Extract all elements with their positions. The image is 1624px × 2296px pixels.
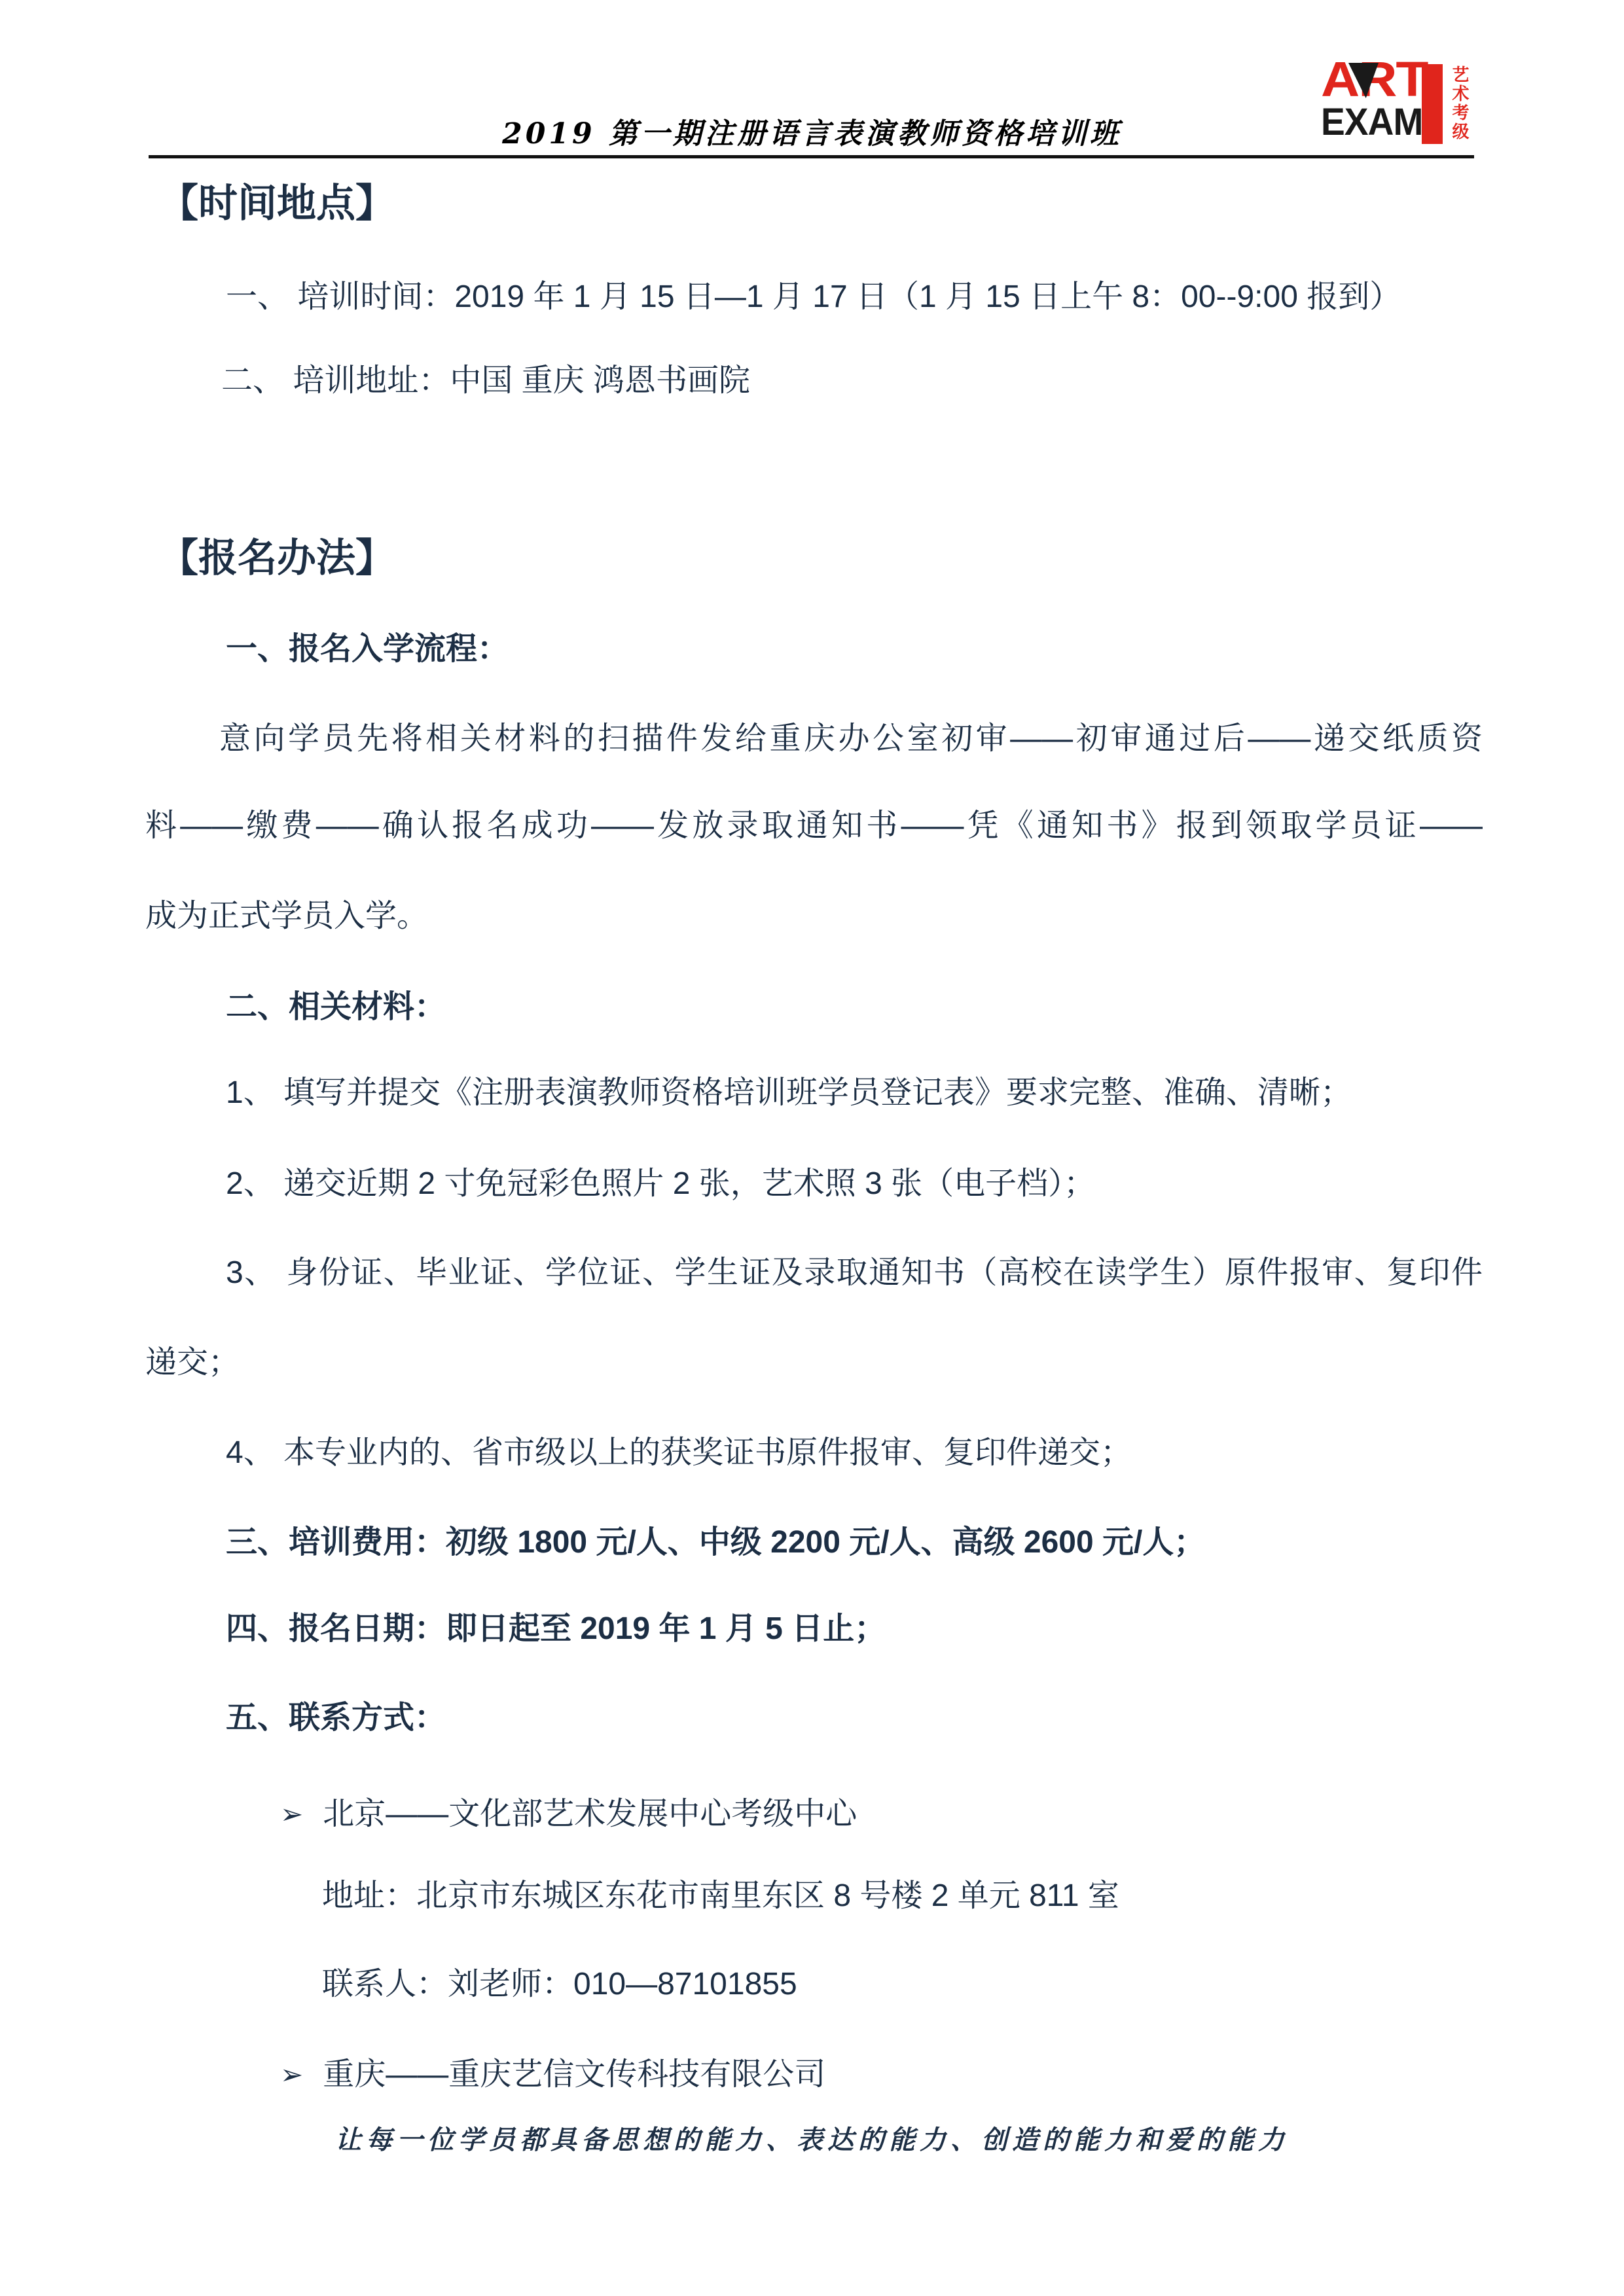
art-exam-logo: ART EXAM 艺术考级 <box>1321 63 1470 147</box>
footer-slogan: 让每一位学员都具备思想的能力、表达的能力、创造的能力和爱的能力 <box>0 2119 1624 2157</box>
row-material-1: 1、 填写并提交《注册表演教师资格培训班学员登记表》要求完整、准确、清晰； <box>226 1074 1352 1112</box>
row-enroll-process-heading: 一、报名入学流程： <box>226 630 509 668</box>
logo-art-text: ART <box>1321 55 1428 104</box>
row-process-line-2: 料——缴费——确认报名成功——发放录取通知书——凭《通知书》报到领取学员证—— <box>145 807 1483 845</box>
beijing-contact-label: 北京——文化部艺术发展中心考级中心 <box>323 1795 857 1833</box>
row-material-4: 4、 本专业内的、省市级以上的获奖证书原件报审、复印件递交； <box>226 1434 1132 1472</box>
section-heading-time-place: 【时间地点】 <box>159 181 395 226</box>
row-training-fee: 三、培训费用：初级 1800 元/人、中级 2200 元/人、高级 2600 元… <box>226 1524 1205 1562</box>
row-beijing-address: 地址：北京市东城区东花市南里东区 8 号楼 2 单元 811 室 <box>322 1877 1119 1915</box>
row-material-3-continued: 递交； <box>145 1344 240 1382</box>
document-page: 2019 第一期注册语言表演教师资格培训班 ART EXAM 艺术考级 【时间地… <box>0 0 1624 2296</box>
header-divider-line <box>149 155 1474 158</box>
row-beijing-phone: 联系人：刘老师：010—87101855 <box>322 1965 797 2003</box>
chongqing-contact-label: 重庆——重庆艺信文传科技有限公司 <box>323 2056 825 2094</box>
row-material-2: 2、 递交近期 2 寸免冠彩色照片 2 张，艺术照 3 张（电子档）； <box>226 1165 1095 1203</box>
row-chongqing-contact: ➢ 重庆——重庆艺信文传科技有限公司 <box>280 2056 825 2094</box>
row-process-line-1: 意向学员先将相关材料的扫描件发给重庆办公室初审——初审通过后——递交纸质资 <box>219 720 1483 758</box>
logo-exam-text: EXAM <box>1321 103 1422 141</box>
row-material-3: 3、 身份证、毕业证、学位证、学生证及录取通知书（高校在读学生）原件报审、复印件 <box>226 1254 1483 1292</box>
section-heading-registration: 【报名办法】 <box>159 535 395 581</box>
row-contact-heading: 五、联系方式： <box>226 1699 446 1737</box>
row-registration-deadline: 四、报名日期：即日起至 2019 年 1 月 5 日止； <box>226 1610 886 1648</box>
row-beijing-contact: ➢ 北京——文化部艺术发展中心考级中心 <box>280 1795 857 1833</box>
row-materials-heading: 二、相关材料： <box>226 988 446 1026</box>
row-process-line-3: 成为正式学员入学。 <box>145 897 428 935</box>
arrow-bullet-icon: ➢ <box>280 1795 303 1833</box>
logo-vertical-label: 艺术考级 <box>1448 65 1472 145</box>
row-training-address: 二、 培训地址：中国 重庆 鸿恩书画院 <box>221 362 750 400</box>
arrow-bullet-icon: ➢ <box>280 2056 303 2094</box>
row-training-time: 一、 培训时间：2019 年 1 月 15 日—1 月 17 日（1 月 15 … <box>226 278 1401 316</box>
